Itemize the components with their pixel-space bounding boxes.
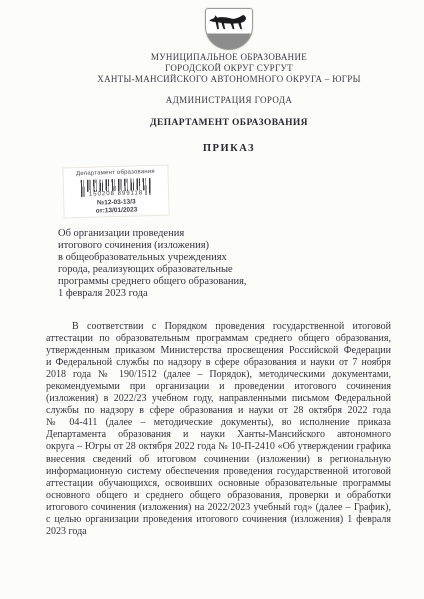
body-line: В соответствии с Порядком проведения гос… <box>46 321 391 333</box>
body-line: службы по надзору в сфере образования и … <box>46 405 391 417</box>
municipality-name: МУНИЦИПАЛЬНОЕ ОБРАЗОВАНИЕ ГОРОДСКОЙ ОКРУ… <box>34 52 424 85</box>
body-line: с целью организации проведения итогового… <box>46 514 391 526</box>
body-line: и Федеральной службы по надзору в сфере … <box>46 357 391 369</box>
stamp-department-label: Департамент образования <box>63 169 167 179</box>
black-fox-icon <box>208 12 250 32</box>
document-body-paragraph: В соответствии с Порядком проведения гос… <box>46 321 391 538</box>
department-title: ДЕПАРТАМЕНТ ОБРАЗОВАНИЯ <box>34 118 424 129</box>
municipality-line: МУНИЦИПАЛЬНОЕ ОБРАЗОВАНИЕ <box>34 52 424 63</box>
administration-title: АДМИНИСТРАЦИЯ ГОРОДА <box>34 95 424 106</box>
body-line: 2018 года № 190/1512 (далее – Порядок), … <box>46 369 391 381</box>
body-line: итогового сочинения (изложения) на 2022/… <box>46 502 391 514</box>
body-line: аттестации обучающихся, освоивших основн… <box>46 478 391 490</box>
subject-line: 1 февраля 2023 года <box>58 288 247 300</box>
subject-line: города, реализующих образовательные <box>58 264 247 276</box>
document-subject: Об организации проведения итогового сочи… <box>58 228 247 301</box>
body-line: утвержденным приказом Министерства просв… <box>46 345 391 357</box>
scanned-order-document: МУНИЦИПАЛЬНОЕ ОБРАЗОВАНИЕ ГОРОДСКОЙ ОКРУ… <box>0 0 424 599</box>
document-header: МУНИЦИПАЛЬНОЕ ОБРАЗОВАНИЕ ГОРОДСКОЙ ОКРУ… <box>34 8 424 155</box>
barcode-icon: 150208 899118 <box>81 178 151 197</box>
body-line: округа – Югры от 28 октября 2022 года № … <box>46 441 391 453</box>
body-line: (изложения) в 2022/23 учебном году, напр… <box>46 393 391 405</box>
subject-line: итогового сочинения (изложения) <box>58 240 247 252</box>
document-type-title: ПРИКАЗ <box>34 142 424 155</box>
subject-line: Об организации проведения <box>58 228 247 240</box>
body-line: информационную систему обеспечения прове… <box>46 466 391 478</box>
body-line: аттестации по образовательным программам… <box>46 333 391 345</box>
body-line: внесения сведений об итоговом сочинении … <box>46 454 391 466</box>
body-line: 2023 года <box>46 526 391 538</box>
stamp-document-date: от:13/01/2023 <box>64 206 168 217</box>
surgut-coat-of-arms-emblem <box>205 8 253 50</box>
body-line: основного общего и среднего общего образ… <box>46 490 391 502</box>
body-line: рекомендуемыми при организации и проведе… <box>46 381 391 393</box>
subject-line: программы среднего общего образования, <box>58 276 247 288</box>
municipality-line: ГОРОДСКОЙ ОКРУГ СУРГУТ <box>34 63 424 74</box>
body-line: Департамента образования и науки Ханты-М… <box>46 429 391 441</box>
subject-line: в общеобразовательных учреждениях <box>58 252 247 264</box>
municipality-line: ХАНТЫ-МАНСИЙСКОГО АВТОНОМНОГО ОКРУГА – Ю… <box>34 74 424 85</box>
body-line: № 04-411 (далее – методические документы… <box>46 417 391 429</box>
registration-stamp: Департамент образования 150208 899118 №1… <box>62 165 169 219</box>
